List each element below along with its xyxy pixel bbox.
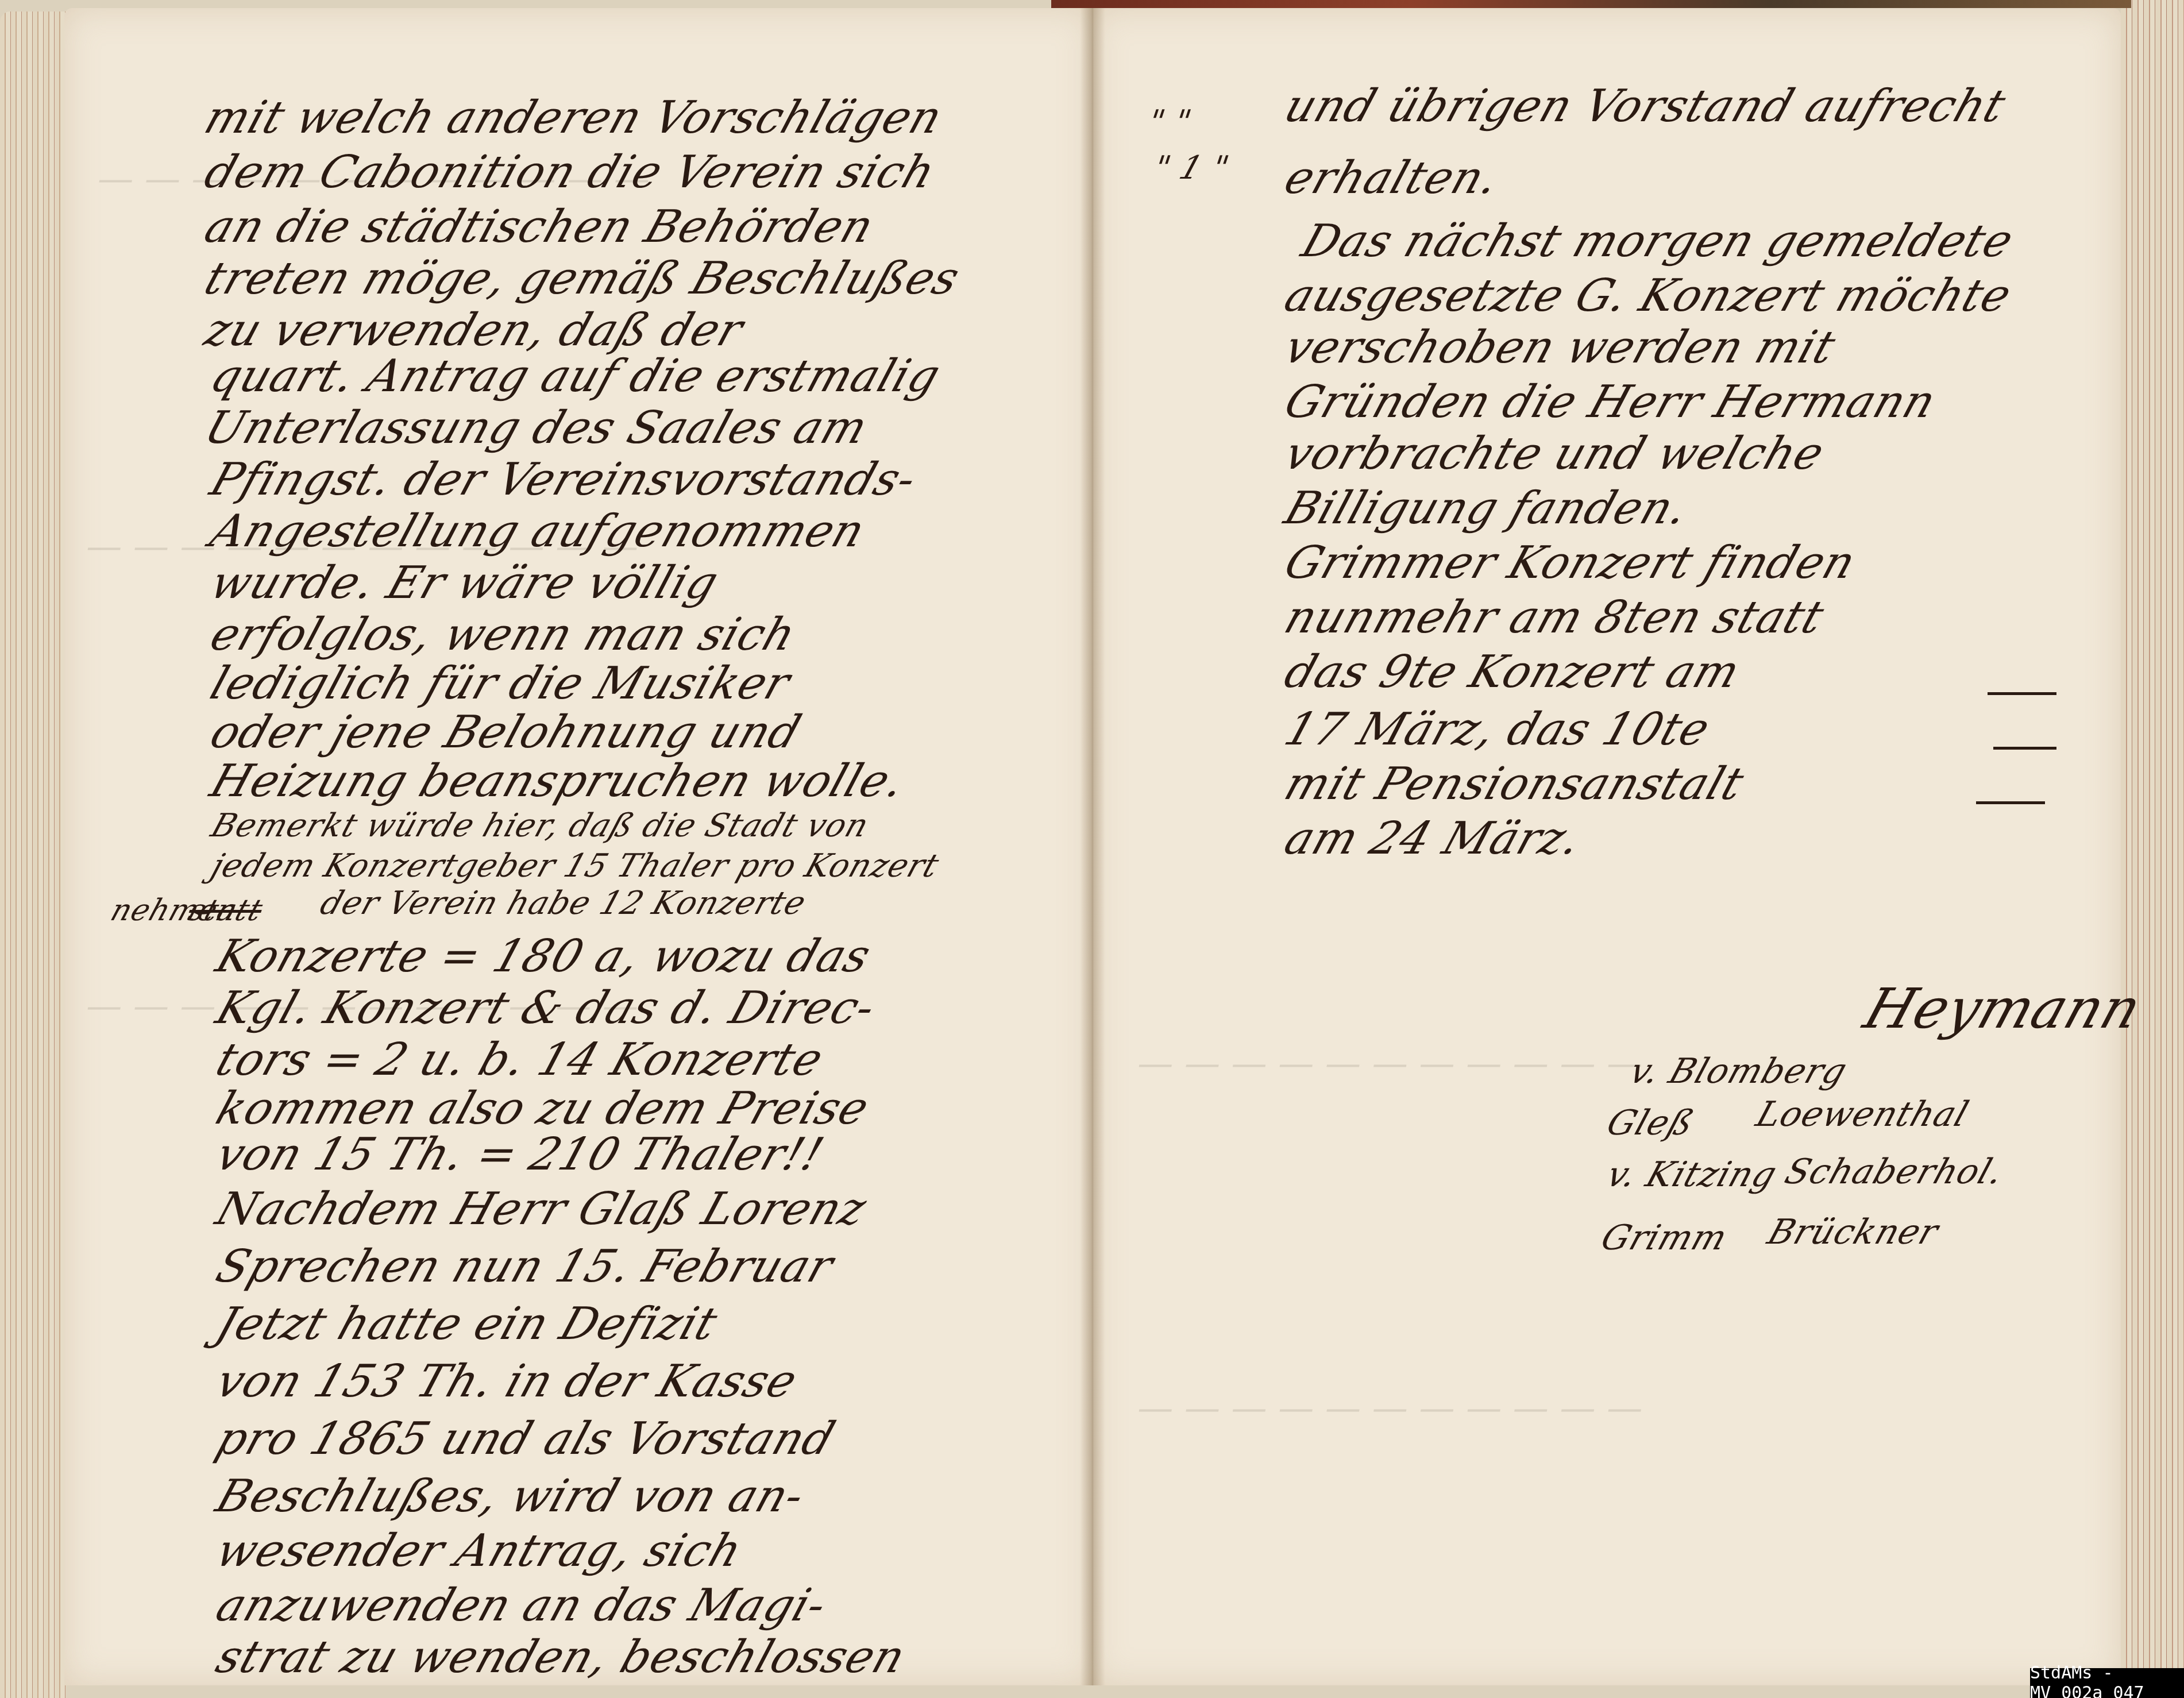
manuscript-line: Nachdem Herr Glaß Lorenz xyxy=(210,1183,873,1235)
manuscript-line: Angestellung aufgenommen xyxy=(204,505,871,557)
signature: Heymann xyxy=(1857,977,2150,1041)
bleed-through-text: — — — — — — — — — — — xyxy=(1131,1042,1651,1084)
manuscript-line: erhalten. xyxy=(1278,152,1506,204)
manuscript-line: und übrigen Vorstand aufrecht xyxy=(1278,80,2012,132)
manuscript-line: lediglich für die Musiker xyxy=(204,658,797,709)
manuscript-line: oder jene Belohnung und xyxy=(204,707,807,758)
signature: v. Blomberg xyxy=(1625,1051,1853,1091)
book-scan: — — — — — — — — — — — — — — — — — — — — … xyxy=(0,0,2184,1698)
bleed-through-text: — — — — — — — — — — — xyxy=(1131,1387,1651,1429)
manuscript-line: tors = 2 u. b. 14 Konzerte xyxy=(210,1034,829,1086)
manuscript-line: mit welch anderen Vorschlägen xyxy=(198,92,948,144)
dash-mark xyxy=(1976,801,2045,804)
signature: Loewenthal xyxy=(1751,1094,1974,1134)
manuscript-line: anzuwenden an das Magi- xyxy=(210,1580,833,1631)
manuscript-line: quart. Antrag auf die erstmalig xyxy=(204,350,947,402)
manuscript-line: nunmehr am 8ten statt xyxy=(1278,592,1830,643)
archive-label: StdAMs - MV_002a_047 xyxy=(2030,1668,2184,1698)
dash-mark xyxy=(1993,747,2056,750)
manuscript-line: mit Pensionsanstalt xyxy=(1278,758,1750,810)
manuscript-line: erfolglos, wenn man sich xyxy=(204,609,802,661)
manuscript-line: dem Cabonition die Verein sich xyxy=(198,146,941,198)
manuscript-line: von 15 Th. = 210 Thaler!! xyxy=(210,1129,830,1180)
manuscript-line: von 153 Th. in der Kasse xyxy=(210,1356,804,1407)
manuscript-line: pro 1865 und als Vorstand xyxy=(210,1413,841,1465)
manuscript-line: Unterlassung des Saales am xyxy=(198,402,874,454)
signature: Grimm xyxy=(1596,1218,1732,1258)
signature: Brückner xyxy=(1763,1212,1944,1252)
manuscript-line: das 9te Konzert am xyxy=(1278,646,1746,698)
manuscript-line: Kgl. Konzert & das d. Direc- xyxy=(210,982,882,1034)
manuscript-line: 17 März, das 10te xyxy=(1278,704,1716,755)
signature: Gleß xyxy=(1602,1103,1699,1143)
signature: v. Kitzing xyxy=(1602,1155,1782,1195)
manuscript-line: Bemerkt würde hier, daß die Stadt von xyxy=(206,807,874,844)
manuscript-line: Beschlußes, wird von an- xyxy=(210,1471,811,1522)
manuscript-line: strat zu wenden, beschlossen xyxy=(210,1631,912,1683)
manuscript-line: treten möge, gemäß Beschlußes xyxy=(198,253,966,304)
manuscript-line: verschoben werden mit xyxy=(1278,322,1842,373)
dash-mark xyxy=(1988,692,2056,695)
manuscript-line: jedem Konzertgeber 15 Thaler pro Konzert xyxy=(206,847,944,885)
manuscript-line: ausgesetzte G. Konzert möchte xyxy=(1278,270,2018,322)
manuscript-line: Gründen die Herr Hermann xyxy=(1278,376,1942,428)
manuscript-line: Pfingst. der Vereinsvorstands- xyxy=(204,454,923,505)
manuscript-line: zu verwenden, daß der xyxy=(198,304,750,356)
manuscript-line: Heizung beanspruchen wolle. xyxy=(204,755,912,807)
manuscript-line: kommen also zu dem Preise xyxy=(210,1083,875,1134)
manuscript-line: Sprechen nun 15. Februar xyxy=(210,1241,840,1292)
manuscript-line: vorbrachte und welche xyxy=(1278,428,1831,480)
signature: Schaberhol. xyxy=(1780,1152,2009,1192)
manuscript-line: Billigung fanden. xyxy=(1278,483,1695,534)
manuscript-line: Jetzt hatte ein Defizit xyxy=(210,1298,724,1350)
struck-word: statt xyxy=(184,893,267,928)
book-gutter xyxy=(1080,8,1105,1685)
manuscript-line: Konzerte = 180 a, wozu das xyxy=(210,931,877,982)
spine-binding xyxy=(1051,0,2131,8)
page-stack-right xyxy=(2121,0,2184,1698)
manuscript-line: wurde. Er wäre völlig xyxy=(204,557,725,609)
margin-mark: " 1 " xyxy=(1148,149,1234,187)
manuscript-line: am 24 März. xyxy=(1278,813,1588,865)
manuscript-line: an die städtischen Behörden xyxy=(198,201,880,253)
manuscript-line: der Verein habe 12 Konzerte xyxy=(315,885,811,922)
manuscript-line: wesender Antrag, sich xyxy=(210,1525,748,1577)
manuscript-line: Grimmer Konzert finden xyxy=(1278,537,1862,589)
manuscript-line: Das nächst morgen gemeldete xyxy=(1295,215,2020,267)
page-stack-left xyxy=(0,11,66,1698)
